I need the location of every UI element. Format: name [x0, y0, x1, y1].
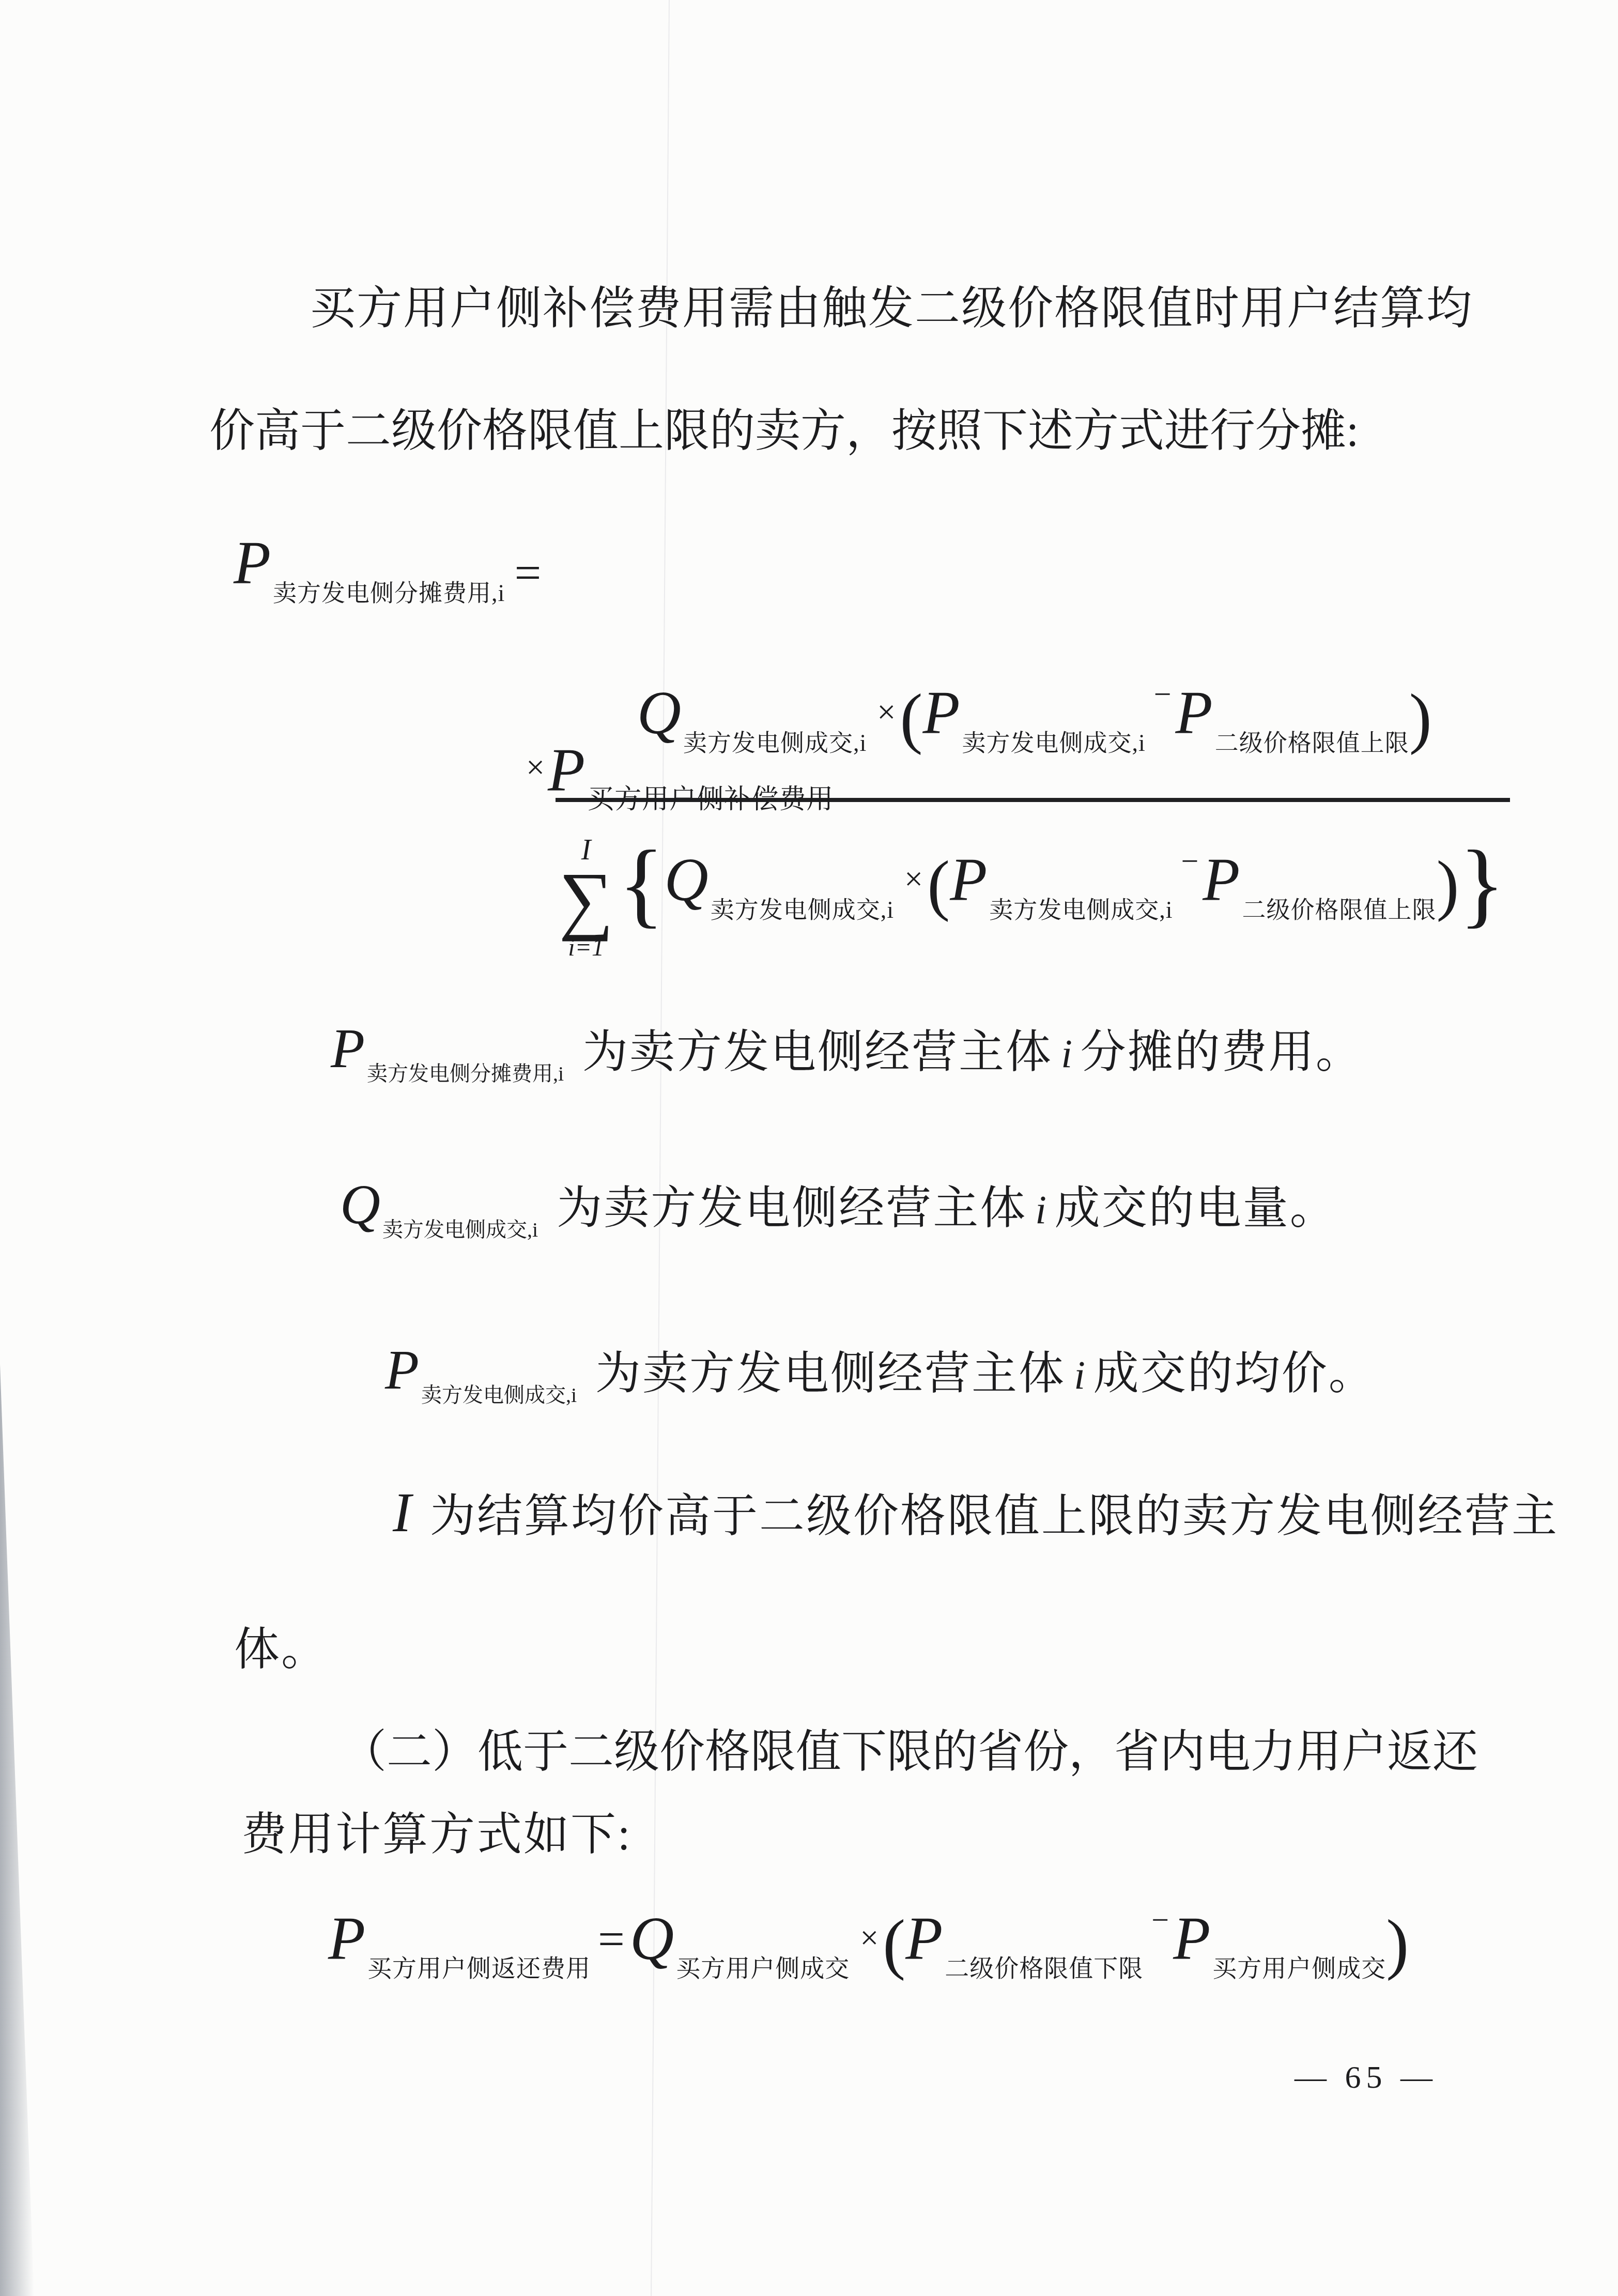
multiply-sign: × [860, 1919, 879, 1956]
multiply-sign: × [904, 860, 923, 897]
definition-row: P卖方发电侧成交,i为卖方发电侧经营主体i成交的均价。 [385, 1345, 1376, 1421]
definition-row: Q卖方发电侧成交,i为卖方发电侧经营主体i成交的电量。 [340, 1179, 1337, 1256]
index-variable: i [1074, 1352, 1085, 1397]
definition-text: 成交的均价。 [1093, 1349, 1376, 1399]
math-subscript: 二级价格限值上限 [1242, 897, 1436, 923]
open-paren: ( [883, 1905, 905, 1981]
multiply-sign: × [877, 694, 896, 730]
math-symbol: P [905, 1905, 943, 1973]
math-symbol: P [1173, 1905, 1210, 1973]
math-symbol: P [331, 1018, 365, 1080]
document-page: 买方用户侧补偿费用需由触发二级价格限值时用户结算均 价高于二级价格限值上限的卖方… [0, 0, 1618, 2296]
math-subscript: 卖方发电侧成交,i [962, 730, 1145, 756]
open-brace: { [619, 831, 665, 937]
scan-shadow [0, 1364, 34, 2296]
math-symbol: P [1176, 679, 1213, 747]
math-subscript: 二级价格限值上限 [1215, 730, 1409, 756]
multiply-sign: × [526, 749, 545, 785]
sum-lower-limit: i=1 [568, 935, 604, 961]
definition-text: 为结算均价高于二级价格限值上限的卖方发电侧经营主 [430, 1491, 1559, 1542]
math-symbol: P [385, 1339, 419, 1401]
math-symbol: Q [630, 1905, 674, 1973]
math-symbol: P [548, 736, 585, 804]
formula-seller-apportioned-cost: P卖方发电侧分摊费用,i= Q卖方发电侧成交,i×(P卖方发电侧成交,i−P二级… [234, 525, 1510, 967]
math-symbol: P [922, 679, 960, 747]
math-subscript: 卖方发电侧成交,i [421, 1383, 577, 1407]
formula-buyer-refund-cost: P买方用户侧返还费用=Q买方用户侧成交×(P二级价格限值下限−P买方用户侧成交) [328, 1886, 1409, 2002]
equals-sign: = [514, 546, 541, 599]
math-subscript: 二级价格限值下限 [945, 1955, 1143, 1982]
equals-sign: = [598, 1913, 625, 1965]
math-subscript: 卖方发电侧成交,i [989, 897, 1173, 923]
open-paren: ( [900, 680, 922, 756]
math-symbol: P [328, 1905, 365, 1973]
math-subscript: 卖方发电侧分摊费用,i [273, 580, 505, 606]
formula-multiplier-term: ×P买方用户侧补偿费用 [526, 734, 834, 834]
math-subscript: 买方用户侧补偿费用 [587, 785, 834, 814]
paragraph1-line2: 价高于二级价格限值上限的卖方，按照下述方式进行分摊: [209, 404, 1359, 459]
math-subscript: 买方用户侧返还费用 [367, 1955, 591, 1982]
paragraph1-line1: 买方用户侧补偿费用需由触发二级价格限值时用户结算均 [310, 282, 1473, 336]
definition-row: P卖方发电侧分摊费用,i为卖方发电侧经营主体i分摊的费用。 [331, 1023, 1363, 1100]
close-paren: ) [1386, 1905, 1409, 1981]
close-paren: ) [1436, 846, 1459, 922]
paragraph2-line1: （二）低于二级价格限值下限的省份，省内电力用户返还 [341, 1725, 1478, 1780]
math-subscript: 卖方发电侧成交,i [382, 1218, 538, 1241]
definition-text: 分摊的费用。 [1081, 1027, 1363, 1077]
open-paren: ( [927, 846, 950, 922]
formula-lhs: P卖方发电侧分摊费用,i [234, 577, 505, 585]
continuation-line: 体。 [234, 1623, 328, 1677]
definition-text: 为卖方发电侧经营主体 [557, 1183, 1027, 1234]
definition-row: I为结算均价高于二级价格限值上限的卖方发电侧经营主 [393, 1487, 1559, 1555]
close-paren: ) [1409, 680, 1432, 756]
minus-sign: − [1181, 844, 1199, 878]
math-symbol: Q [340, 1174, 380, 1236]
close-brace: } [1459, 831, 1505, 937]
page-number: — 65 — [1295, 2059, 1438, 2096]
math-symbol: Q [665, 846, 708, 914]
math-subscript: 买方用户侧成交 [1212, 1955, 1386, 1982]
math-subscript: 卖方发电侧成交,i [711, 897, 894, 923]
math-subscript: 买方用户侧成交 [676, 1955, 850, 1982]
math-symbol: P [234, 529, 271, 597]
summation: I∑i=1 [559, 836, 613, 961]
math-symbol: P [1203, 846, 1240, 914]
sigma-icon: ∑ [559, 865, 613, 935]
paragraph2-line2: 费用计算方式如下: [241, 1808, 631, 1862]
index-variable: i [1035, 1187, 1046, 1232]
math-symbol: P [950, 846, 987, 914]
minus-sign: − [1154, 677, 1172, 711]
math-subscript: 卖方发电侧分摊费用,i [367, 1062, 564, 1085]
definition-text: 为卖方发电侧经营主体 [582, 1027, 1053, 1077]
index-variable: i [1061, 1031, 1072, 1076]
minus-sign: − [1151, 1903, 1169, 1937]
definition-text: 为卖方发电侧经营主体 [595, 1349, 1066, 1399]
math-symbol: I [393, 1482, 411, 1544]
definition-text: 成交的电量。 [1055, 1183, 1337, 1234]
